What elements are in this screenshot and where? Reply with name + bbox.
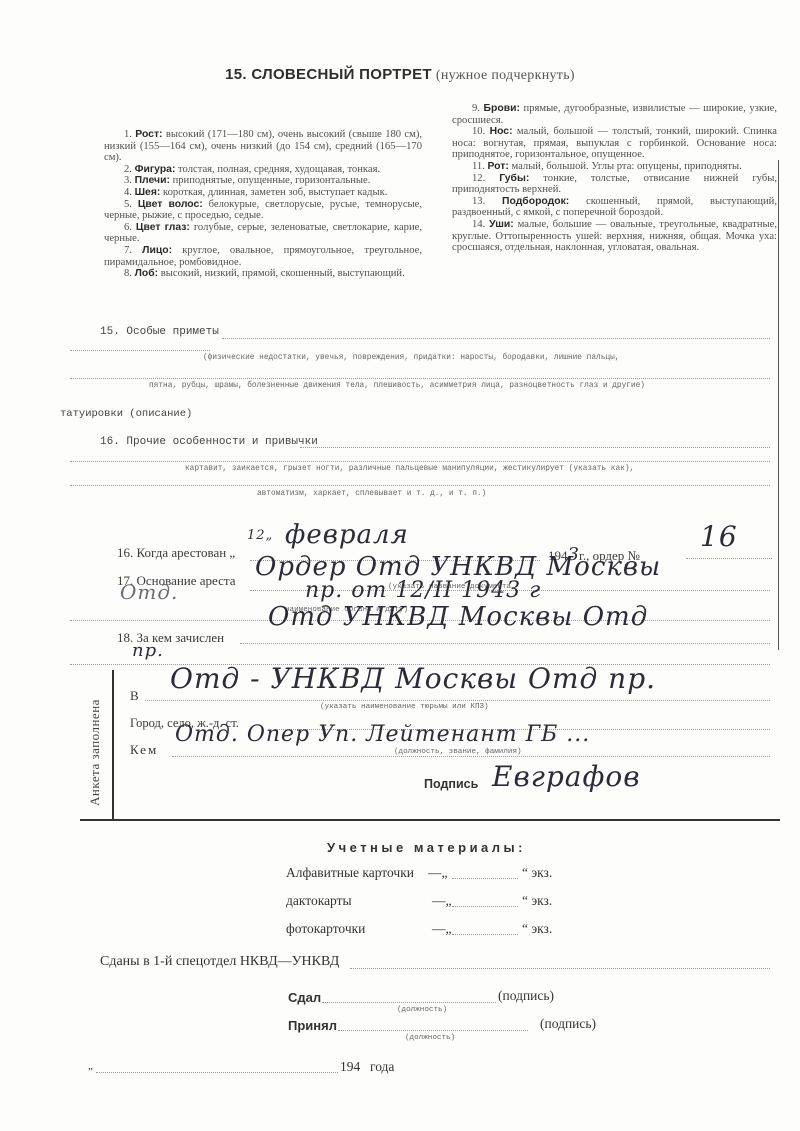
portrait-left-item: 3. Плечи: приподнятые, опущенные, горизо… [104,175,422,187]
materials-row-dash: —„ [432,921,452,937]
arrest-basis-hand-2: пр. от 12/II 1943 г [305,578,541,603]
portrait-left-item: 7. Лицо: круглое, овальное, прямоугольно… [104,245,422,268]
signature-label: Подпись [424,777,478,791]
date-line[interactable] [96,1072,338,1073]
special-marks-line-3[interactable] [70,378,770,379]
portrait-right-item: 14. Уши: малые, большие — овальные, треу… [452,219,777,254]
portrait-left-item: 5. Цвет волос: белокурые, светлорусые, р… [104,199,422,222]
materials-row-dash: —„ [432,893,452,909]
section-title: 15. СЛОВЕСНЫЙ ПОРТРЕТ (нужное подчеркнут… [0,66,800,84]
arrest-basis-margin-hand: Отд. [120,580,178,604]
materials-row-dash: —„ [428,865,448,881]
item-key: Подбородок: [502,196,569,207]
took-label: Принял [288,1018,337,1033]
portrait-left-item: 1. Рост: высокий (171—180 см), очень выс… [104,129,422,164]
item-number: 5. [124,199,138,210]
filled-by-label: Кем [130,742,158,758]
item-options: приподнятые, опущенные, горизонтальные. [170,175,370,186]
arrest-month-hand: февраля [285,520,409,550]
portrait-right-item: 10. Нос: малый, большой — толстый, тонки… [452,126,777,161]
portrait-left-item: 8. Лоб: высокий, низкий, прямой, скошенн… [104,268,422,280]
handed-to-line[interactable] [350,968,770,969]
item-number: 1. [124,129,135,140]
item-number: 9. [472,103,484,114]
gave-hint: (должность) [397,1006,447,1014]
filled-box-left-rule [112,670,114,820]
item-key: Брови: [484,103,520,114]
arrest-basis-hand-3: Отд УНКВД Москвы Отд [268,602,648,632]
item-key: Лоб: [135,268,159,279]
right-margin-rule [778,160,779,650]
filled-side-label: Анкета заполнена [87,699,103,806]
gave-sign: (подпись) [498,988,554,1004]
portrait-left-item: 4. Шея: короткая, длинная, заметен зоб, … [104,187,422,199]
special-marks-hint-2: пятна, рубцы, шрамы, болезненные движени… [149,382,645,390]
arrest-day-hand: 12„ [247,528,273,543]
order-number-hand: 16 [700,520,738,553]
materials-row-count-field[interactable] [452,934,518,935]
filled-in-line[interactable] [145,700,770,701]
tattoo-label: татуировки (описание) [60,408,192,420]
date-open: „ [88,1060,93,1072]
gave-label: Сдал [288,990,321,1005]
materials-row-label: фотокарточки [286,921,365,937]
habits-line-3[interactable] [70,485,770,486]
item-number: 2. [124,164,135,175]
handed-to-label: Сданы в 1-й спецотдел НКВД—УНКВД [100,954,339,970]
gave-line[interactable] [322,1002,496,1003]
item-number: 6. [124,222,136,233]
portrait-right-item: 12. Губы: тонкие, толстые, отвисание ниж… [452,173,777,196]
item-key: Губы: [499,173,529,184]
materials-row-unit: “ экз. [522,893,552,909]
portrait-left-item: 6. Цвет глаз: голубые, серые, зеленоваты… [104,222,422,245]
item-key: Рост: [135,129,162,140]
enrolled-hand: пр. [132,640,164,661]
special-marks-label: 15. Особые приметы [100,326,219,338]
filled-box-bottom-rule [80,819,780,821]
item-key: Нос: [490,126,513,137]
filled-by-line[interactable] [172,756,770,757]
materials-row-label: дактокарты [286,893,352,909]
materials-title: Учетные материалы: [327,840,526,855]
portrait-left-column: 1. Рост: высокий (171—180 см), очень выс… [104,129,422,280]
item-key: Цвет глаз: [136,222,190,233]
item-key: Фигура: [135,164,176,175]
special-marks-hint-1: (физические недостатки, увечья, поврежде… [203,354,619,362]
signature-hand: Евграфов [492,760,641,793]
item-key: Рот: [488,161,509,172]
habits-line[interactable] [300,447,770,448]
materials-row-count-field[interactable] [452,906,518,907]
item-number: 10. [472,126,490,137]
filled-in-hand: Отд - УНКВД Москвы Отд пр. [170,662,656,695]
materials-row-unit: “ экз. [522,865,552,881]
special-marks-line-2a[interactable] [70,350,210,351]
portrait-right-item: 13. Подбородок: скошенный, прямой, высту… [452,196,777,219]
item-key: Плечи: [135,175,170,186]
item-number: 8. [124,268,135,279]
item-number: 11. [472,161,488,172]
portrait-left-item: 2. Фигура: толстая, полная, средняя, худ… [104,164,422,176]
habits-hint-1: картавит, заикается, грызет ногти, разли… [185,465,634,473]
date-suffix: года [370,1059,394,1075]
item-key: Уши: [489,219,514,230]
habits-line-2[interactable] [70,461,770,462]
section-title-note: (нужное подчеркнуть) [436,68,575,83]
materials-row-label: Алфавитные карточки [286,865,414,881]
item-options: толстая, полная, средняя, худощавая, тон… [175,164,380,175]
arrest-when-label: 16. Когда арестован „ [117,545,235,561]
item-number: 14. [472,219,489,230]
filled-in-hint: (указать наименование тюрьмы или КПЗ) [320,703,489,711]
item-options: короткая, длинная, заметен зоб, выступае… [160,187,387,198]
order-number-line[interactable] [686,558,772,559]
filled-in-label: В [130,688,139,704]
item-number: 4. [124,187,135,198]
materials-row-unit: “ экз. [522,921,552,937]
item-options: малый, большой. Углы рта: опущены, припо… [509,161,742,172]
item-key: Лицо: [142,245,172,256]
item-number: 3. [124,175,135,186]
special-marks-line[interactable] [222,338,770,339]
took-hint: (должность) [405,1034,455,1042]
item-options: высокий, низкий, прямой, скошенный, выст… [158,268,405,279]
portrait-right-item: 11. Рот: малый, большой. Углы рта: опуще… [452,161,777,173]
filled-by-hand: Отд. Опер Уп. Лейтенант ГБ ... [175,722,590,747]
habits-hint-2: автоматизм, харкает, сплевывает и т. д.,… [257,490,486,498]
item-number: 13. [472,196,502,207]
item-number: 12. [472,173,499,184]
materials-row-count-field[interactable] [452,878,518,879]
section-title-text: 15. СЛОВЕСНЫЙ ПОРТРЕТ [225,66,432,83]
enrolled-line[interactable] [240,643,770,644]
took-line[interactable] [338,1030,528,1031]
filled-by-hint: (должность, звание, фамилия) [394,748,522,756]
item-number: 7. [124,245,142,256]
habits-label: 16. Прочие особенности и привычки [100,436,318,448]
portrait-right-column: 9. Брови: прямые, дугообразные, извилист… [452,103,777,254]
item-key: Шея: [135,187,161,198]
date-year: 194 [340,1059,360,1075]
portrait-right-item: 9. Брови: прямые, дугообразные, извилист… [452,103,777,126]
item-key: Цвет волос: [138,199,203,210]
took-sign: (подпись) [540,1016,596,1032]
